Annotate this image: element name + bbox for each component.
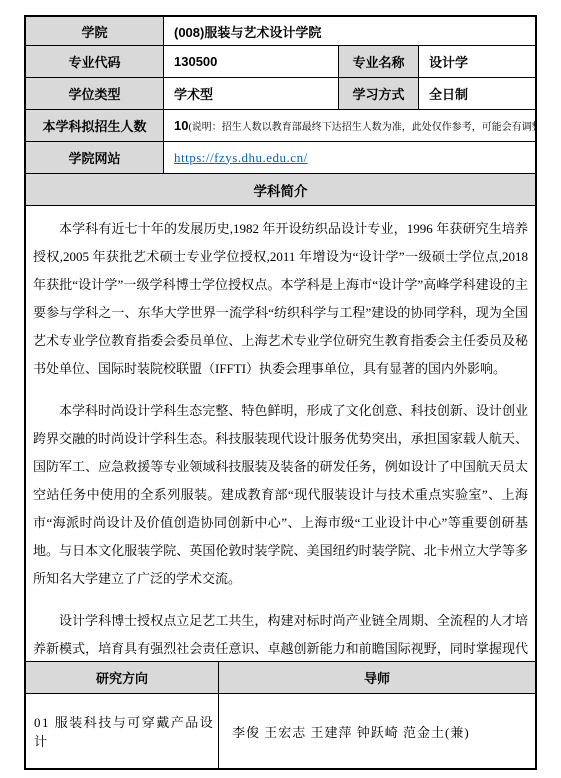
direction-row: 01 服装科技与可穿戴产品设计 李俊 王宏志 王建萍 钟跃崎 范金土(兼)	[26, 693, 535, 768]
college-website-link[interactable]: https://fzys.dhu.edu.cn/	[174, 150, 308, 166]
major-code-label: 专业代码	[26, 46, 163, 77]
document-page: 学院 (008)服装与艺术设计学院 专业代码 130500 专业名称 设计学 学…	[0, 0, 561, 778]
table-row-enrollment: 本学科拟招生人数 10(说明：招生人数以教育部最终下达招生人数为准，此处仅作参考…	[26, 109, 535, 141]
degree-type-label: 学位类型	[26, 78, 163, 109]
study-mode-label: 学习方式	[338, 78, 418, 109]
enrollment-note: (说明：招生人数以教育部最终下达招生人数为准，此处仅作参考，可能会有调整)	[188, 118, 535, 133]
table-row-major: 专业代码 130500 专业名称 设计学	[26, 45, 535, 77]
degree-type-value: 学术型	[163, 78, 338, 109]
college-value: (008)服装与艺术设计学院	[163, 17, 535, 45]
major-name-value: 设计学	[418, 46, 535, 77]
enrollment-value-cell: 10(说明：招生人数以教育部最终下达招生人数为准，此处仅作参考，可能会有调整)	[163, 110, 535, 141]
table-row-college: 学院 (008)服装与艺术设计学院	[26, 17, 535, 45]
intro-body-row: 本学科有近七十年的发展历史,1982 年开设纺织品设计专业，1996 年获研究生…	[26, 205, 535, 661]
table-row-website: 学院网站 https://fzys.dhu.edu.cn/	[26, 141, 535, 173]
enrollment-value: 10	[174, 118, 188, 133]
intro-body: 本学科有近七十年的发展历史,1982 年开设纺织品设计专业，1996 年获研究生…	[26, 206, 535, 661]
directions-header-row: 研究方向 导师	[26, 661, 535, 693]
college-label: 学院	[26, 17, 163, 45]
intro-paragraph: 本学科时尚设计学科生态完整、特色鲜明，形成了文化创意、科技创新、设计创业跨界交融…	[33, 397, 528, 593]
direction-col-header: 研究方向	[26, 662, 218, 693]
enrollment-label: 本学科拟招生人数	[26, 110, 163, 141]
section-title: 学科简介	[26, 174, 535, 205]
supervisor-col-header: 导师	[218, 662, 535, 693]
section-header-row: 学科简介	[26, 173, 535, 205]
direction-cell: 01 服装科技与可穿戴产品设计	[26, 694, 218, 768]
intro-paragraph: 本学科有近七十年的发展历史,1982 年开设纺织品设计专业，1996 年获研究生…	[33, 215, 528, 383]
program-info-table: 学院 (008)服装与艺术设计学院 专业代码 130500 专业名称 设计学 学…	[24, 15, 537, 770]
supervisors-cell: 李俊 王宏志 王建萍 钟跃崎 范金土(兼)	[218, 694, 535, 768]
website-label: 学院网站	[26, 142, 163, 173]
study-mode-value: 全日制	[418, 78, 535, 109]
major-code-value: 130500	[163, 46, 338, 77]
table-row-degree: 学位类型 学术型 学习方式 全日制	[26, 77, 535, 109]
intro-paragraph: 设计学科博士授权点立足艺工共生，构建对标时尚产业链全周期、全流程的人才培养新模式…	[33, 607, 528, 661]
website-value-cell: https://fzys.dhu.edu.cn/	[163, 142, 535, 173]
major-name-label: 专业名称	[338, 46, 418, 77]
